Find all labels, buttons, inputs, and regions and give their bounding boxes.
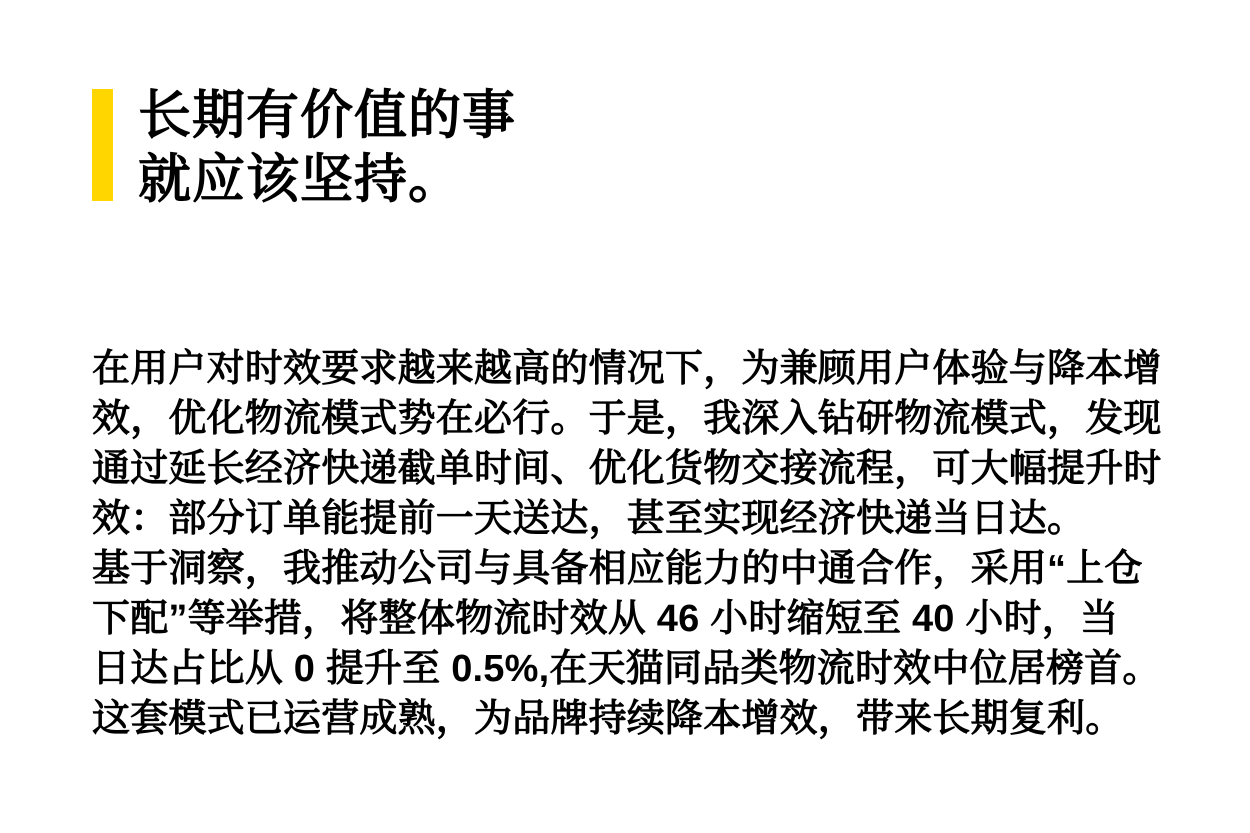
- body-paragraph: 在用户对时效要求越来越高的情况下，为兼顾用户体验与降本增 效，优化物流模式势在必…: [92, 344, 1182, 744]
- page-title-line-1: 长期有价值的事: [138, 84, 516, 148]
- body-line: 基于洞察，我推动公司与具备相应能力的中通合作，采用“上仓: [92, 544, 1182, 594]
- body-line: 这套模式已运营成熟，为品牌持续降本增效，带来长期复利。: [92, 694, 1182, 744]
- body-line: 在用户对时效要求越来越高的情况下，为兼顾用户体验与降本增: [92, 344, 1182, 394]
- body-line: 效：部分订单能提前一天送达，甚至实现经济快递当日达。: [92, 494, 1182, 544]
- body-line: 日达占比从 0 提升至 0.5%,在天猫同品类物流时效中位居榜首。: [92, 644, 1182, 694]
- accent-bar: [92, 89, 113, 201]
- body-line: 效，优化物流模式势在必行。于是，我深入钻研物流模式，发现: [92, 394, 1182, 444]
- page-title-line-2: 就应该坚持。: [138, 148, 516, 212]
- body-line: 通过延长经济快递截单时间、优化货物交接流程，可大幅提升时: [92, 444, 1182, 494]
- page-header: 长期有价值的事 就应该坚持。: [92, 84, 516, 212]
- page-title: 长期有价值的事 就应该坚持。: [138, 84, 516, 212]
- body-line: 下配”等举措，将整体物流时效从 46 小时缩短至 40 小时，当: [92, 594, 1182, 644]
